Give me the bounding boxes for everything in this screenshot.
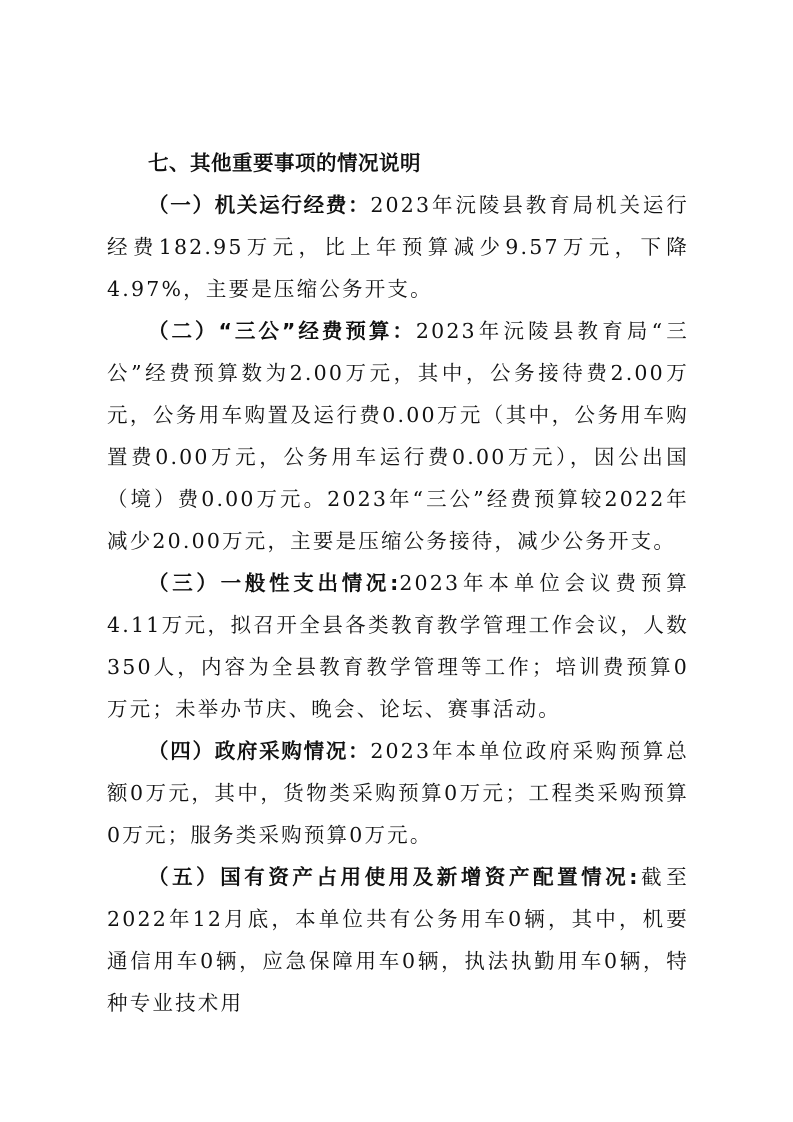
paragraph-lead: （一）机关运行经费： (148, 193, 370, 217)
paragraph-lead: （三）一般性支出情况: (148, 571, 399, 595)
paragraph-operating-expenses: （一）机关运行经费：2023年沅陵县教育局机关运行经费182.95万元，比上年预… (107, 184, 689, 310)
paragraph-lead: （二）“三公”经费预算： (148, 319, 416, 343)
paragraph-lead: （四）政府采购情况： (148, 739, 370, 763)
paragraph-body: 2023年沅陵县教育局“三公”经费预算数为2.00万元，其中，公务接待费2.00… (107, 319, 689, 553)
paragraph-government-procurement: （四）政府采购情况：2023年本单位政府采购预算总额0万元，其中，货物类采购预算… (107, 730, 689, 856)
section-title: 七、其他重要事项的情况说明 (107, 142, 689, 184)
paragraph-three-public-expenses: （二）“三公”经费预算：2023年沅陵县教育局“三公”经费预算数为2.00万元，… (107, 310, 689, 562)
paragraph-lead: （五）国有资产占用使用及新增资产配置情况: (148, 865, 638, 889)
paragraph-general-expenditure: （三）一般性支出情况:2023年本单位会议费预算4.11万元，拟召开全县各类教育… (107, 562, 689, 730)
document-page: 七、其他重要事项的情况说明 （一）机关运行经费：2023年沅陵县教育局机关运行经… (107, 142, 689, 1024)
paragraph-state-assets: （五）国有资产占用使用及新增资产配置情况:截至2022年12月底，本单位共有公务… (107, 856, 689, 1024)
